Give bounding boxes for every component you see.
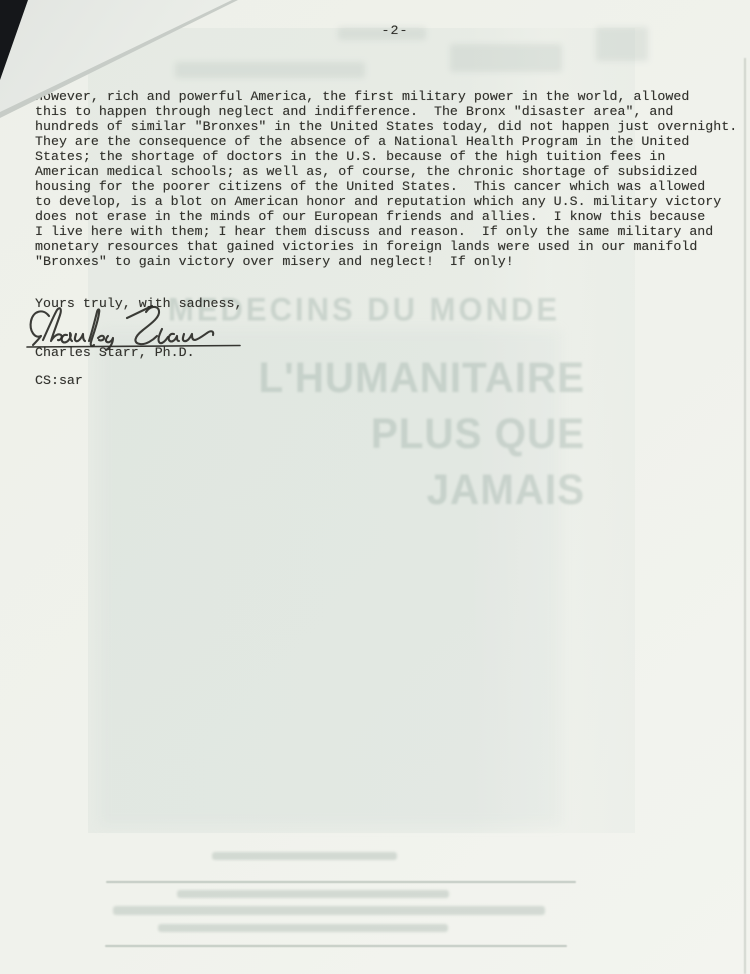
signature-stroke <box>98 336 113 350</box>
ghost-footer-textline <box>177 890 449 898</box>
signature-underline <box>27 346 240 348</box>
ghost-slogan-line: JAMAIS <box>223 462 585 518</box>
ghost-footer-textline <box>158 924 448 932</box>
ghost-smudge <box>175 62 365 78</box>
signature-stroke <box>75 334 85 341</box>
signature-stroke <box>62 333 72 342</box>
letter-body: However, rich and powerful America, the … <box>35 89 737 269</box>
typist-initials: CS:sar <box>35 373 83 388</box>
signature-stroke <box>89 309 99 346</box>
signature-stroke <box>159 329 168 343</box>
handwritten-signature <box>26 303 250 353</box>
signature-stroke <box>183 331 213 341</box>
ghost-poster-patch <box>100 330 560 825</box>
ghost-footer-rule <box>106 881 576 883</box>
ghost-smudge <box>450 44 562 72</box>
ghost-slogan: L'HUMANITAIRE PLUS QUE JAMAIS <box>223 350 585 518</box>
page-edge-shadow <box>744 58 746 974</box>
ghost-footer-textline <box>113 906 545 915</box>
signature-stroke <box>31 311 49 345</box>
ghost-footer-textline <box>212 852 397 860</box>
ghost-footer-rule <box>105 945 567 947</box>
ghost-slogan-line: PLUS QUE <box>223 406 585 462</box>
ghost-slogan-line: L'HUMANITAIRE <box>223 350 585 406</box>
letter-page: MEDECINS DU MONDE L'HUMANITAIRE PLUS QUE… <box>0 0 750 974</box>
signature-stroke <box>169 334 179 342</box>
signature-stroke <box>127 306 152 318</box>
